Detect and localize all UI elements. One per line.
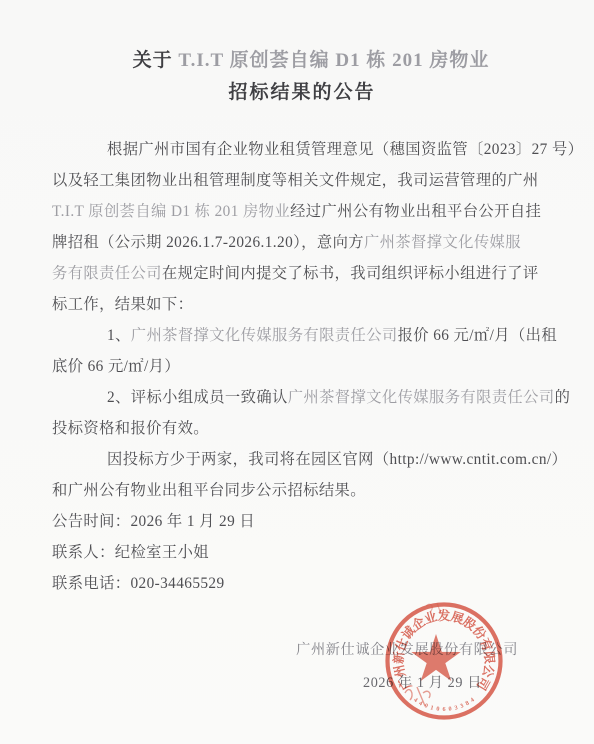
text-segment: 经过广州公有物业出租平台公开自挂 — [290, 203, 541, 220]
text-segment: 务有限责任公司 — [52, 265, 162, 282]
star-icon — [411, 634, 460, 681]
doc-line: 标工作，结果如下： — [52, 289, 594, 320]
seal-serial-digit: 6 — [442, 706, 445, 713]
doc-line: 1、广州茶督撑文化传媒服务有限责任公司报价 66 元/㎡/月（出租 — [52, 320, 594, 351]
doc-line: 和广州公有物业出租平台同步公示招标结果。 — [52, 475, 594, 506]
seal-serial-digit: 8 — [464, 700, 470, 708]
seal-serial-digit: 3 — [454, 704, 459, 712]
text-segment: 广州茶督撑文化传媒服务有限责任公司 — [131, 327, 398, 344]
text-segment: 联系电话：020-34465529 — [52, 575, 225, 592]
text-segment: 底价 66 元/㎡/月） — [52, 358, 180, 375]
seal-serial-digit: 0 — [436, 705, 440, 712]
doc-line: 2、评标小组成员一致确认广州茶督撑文化传媒服务有限责任公司的 — [52, 382, 594, 413]
doc-line: 以及轻工集团物业出租管理制度等相关文件规定，我司运营管理的广州 — [52, 165, 594, 196]
text-segment: 和广州公有物业出租平台同步公示招标结果。 — [52, 482, 366, 499]
seal-char: 发 — [437, 608, 451, 623]
doc-line: 投标资格和报价有效。 — [52, 413, 594, 444]
text-segment: 因投标方少于两家，我司将在园区官网（http://www.cntit.com.c… — [107, 451, 567, 468]
doc-body: 根据广州市国有企业物业租赁管理意见（穗国资监管〔2023〕27 号）以及轻工集团… — [0, 134, 594, 599]
seal-serial-digit: 4 — [469, 696, 476, 703]
text-segment: 的 — [555, 389, 571, 406]
doc-line: 公告时间：2026 年 1 月 29 日 — [52, 506, 594, 537]
text-segment: 联系人：纪检室王小姐 — [52, 544, 209, 561]
doc-line: 底价 66 元/㎡/月） — [52, 351, 594, 382]
doc-title-line1: 关于 T.I.T 原创荟自编 D1 栋 201 房物业 — [14, 44, 594, 78]
doc-line: 联系人：纪检室王小姐 — [52, 537, 594, 568]
official-seal: 广州新仕诚企业发展股份有限公司 44010603384 — [379, 596, 509, 726]
text-segment: 广州茶督撑文化传媒服务有限责任公司 — [288, 389, 555, 406]
text-segment: 投标资格和报价有效。 — [52, 420, 209, 437]
text-segment: 根据广州市国有企业物业租赁管理意见（穗国资监管〔2023〕27 号） — [107, 141, 583, 158]
text-segment: 公告时间：2026 年 1 月 29 日 — [52, 513, 255, 530]
text-segment: 广州茶督撑文化传媒服 — [364, 234, 521, 251]
text-segment: T.I.T 原创荟自编 D1 栋 201 房物业 — [52, 203, 290, 220]
title-property-name: T.I.T 原创荟自编 D1 栋 201 房物业 — [178, 50, 489, 71]
text-segment: 牌招租（公示期 2026.1.7-2026.1.20），意向方 — [52, 234, 364, 251]
text-segment: 在规定时间内提交了标书，我司组织评标小组进行了评 — [162, 265, 539, 282]
seal-serial-digit: 3 — [459, 702, 464, 710]
text-segment: 标工作，结果如下： — [52, 296, 193, 313]
title-prefix: 关于 — [133, 50, 179, 71]
seal-serial-digit: 1 — [430, 704, 435, 712]
doc-title: 关于 T.I.T 原创荟自编 D1 栋 201 房物业 招标结果的公告 — [0, 0, 594, 108]
seal-serial-digit: 0 — [448, 705, 452, 712]
doc-line: 因投标方少于两家，我司将在园区官网（http://www.cntit.com.c… — [52, 444, 594, 475]
seal-char: 州 — [392, 663, 408, 678]
doc-line: 务有限责任公司在规定时间内提交了标书，我司组织评标小组进行了评 — [52, 258, 594, 289]
text-segment: 以及轻工集团物业出租管理制度等相关文件规定，我司运营管理的广州 — [52, 172, 539, 189]
seal-serial-digit: 4 — [412, 696, 419, 703]
doc-title-line2: 招标结果的公告 — [5, 78, 594, 108]
doc-line: 联系电话：020-34465529 — [52, 568, 594, 599]
doc-line: 牌招租（公示期 2026.1.7-2026.1.20），意向方广州茶督撑文化传媒… — [52, 227, 594, 258]
text-segment: 2、评标小组成员一致确认 — [107, 389, 288, 406]
announcement-document: 关于 T.I.T 原创荟自编 D1 栋 201 房物业 招标结果的公告 根据广州… — [0, 0, 594, 744]
doc-line: T.I.T 原创荟自编 D1 栋 201 房物业经过广州公有物业出租平台公开自挂 — [52, 196, 594, 227]
doc-line: 根据广州市国有企业物业租赁管理意见（穗国资监管〔2023〕27 号） — [52, 134, 594, 165]
text-segment: 报价 66 元/㎡/月（出租 — [398, 327, 557, 344]
text-segment: 1、 — [107, 327, 131, 344]
